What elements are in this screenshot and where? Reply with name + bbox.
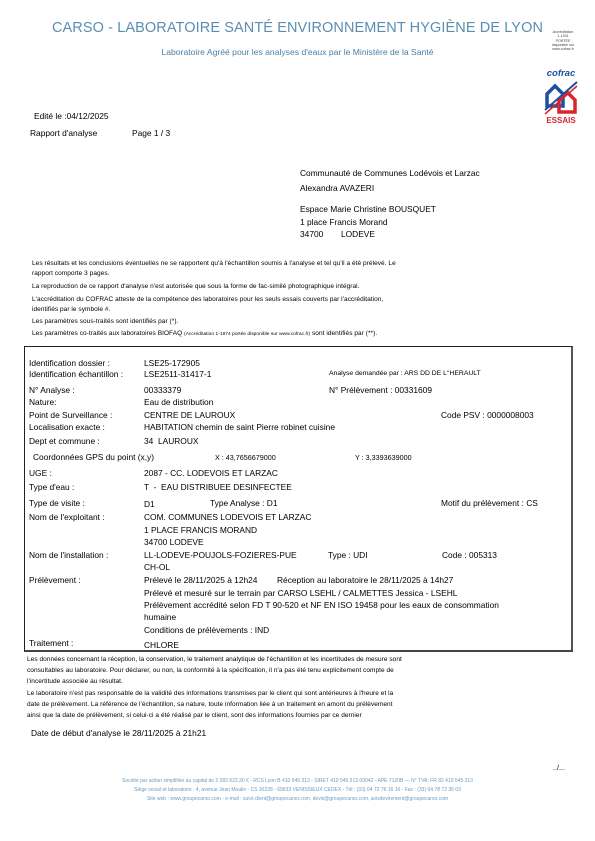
prelevement-norme: Prélèvement accrédité selon FD T 90-520 …	[144, 600, 499, 610]
nature-label: Nature:	[29, 397, 56, 407]
analyse-label: N° Analyse :	[29, 385, 75, 395]
echantillon-value: LSE2511-31417-1	[144, 369, 211, 379]
exploitant-line: COM. COMMUNES LODEVOIS ET LARZAC	[144, 512, 311, 522]
code-psv-value: 0000008003	[487, 410, 534, 420]
edition-date: Edité le :04/12/2025	[34, 111, 109, 121]
demandeur-label: Analyse demandée par :	[329, 370, 403, 377]
exploitant-label: Nom de l'exploitant :	[29, 512, 105, 522]
type-visite-value: D1	[144, 499, 155, 509]
nature-value: Eau de distribution	[144, 397, 213, 407]
analyse-value: 00333379	[144, 385, 181, 395]
type-analyse-label: Type Analyse :	[210, 498, 264, 508]
note-line: l'incertitude associée au résultat.	[27, 678, 123, 685]
disclaimer-text: sont identifiés par (**).	[310, 330, 377, 337]
recipient-city: LODEVE	[341, 229, 375, 239]
prelevement-number-label: N° Prélèvement :	[329, 385, 392, 395]
uge-value: 2087 - CC. LODEVOIS ET LARZAC	[144, 468, 278, 478]
prelevement-norme-cont: humaine	[144, 612, 176, 622]
recipient-person: Alexandra AVAZERI	[300, 183, 374, 193]
disclaimer-line: rapport comporte 3 pages.	[32, 270, 110, 277]
disclaimer-small-text: (Accréditation 1-1674 portée disponible …	[184, 332, 310, 337]
installation-type: Type : UDI	[328, 550, 368, 560]
recipient-address1: Espace Marie Christine BOUSQUET	[300, 204, 436, 214]
point-label: Point de Surveillance :	[29, 410, 112, 420]
localisation-label: Localisation exacte :	[29, 422, 105, 432]
continuation-mark: ../...	[553, 763, 565, 772]
exploitant-line: 1 PLACE FRANCIS MORAND	[144, 525, 257, 535]
exploitant-line: 34700 LODEVE	[144, 537, 204, 547]
type-analyse: Type Analyse : D1	[210, 498, 278, 508]
installation-code: Code : 005313	[442, 550, 497, 560]
note-line: Le laboratoire n'est pas responsable de …	[27, 690, 393, 697]
traitement-value: CHLORE	[144, 640, 179, 650]
disclaimer-line: La reproduction de ce rapport d'analyse …	[32, 283, 360, 290]
footer-line-company: Société par action simplifiée au capital…	[0, 778, 595, 784]
prelevement-number: N° Prélèvement : 00331609	[329, 385, 432, 395]
demandeur-value: ARS DD DE L''HERAULT	[404, 370, 481, 377]
note-line: ainsi que la date de prélèvement, si cel…	[27, 712, 362, 719]
lab-title: CARSO - LABORATOIRE SANTÉ ENVIRONNEMENT …	[0, 20, 595, 36]
note-line: date de prélèvement. La référence de l'é…	[27, 701, 393, 708]
recipient-postcode: 34700	[300, 229, 323, 239]
disclaimer-line: L'accréditation du COFRAC atteste de la …	[32, 296, 383, 303]
report-label: Rapport d'analyse	[30, 128, 97, 138]
dossier-value: LSE25-172905	[144, 358, 200, 368]
prelevement-conditions: Conditions de prélèvements : IND	[144, 625, 269, 635]
accreditation-note: Accréditation 1-1531 PORTÉE disponible s…	[543, 30, 583, 51]
installation-line: LL-LODEVE-POUJOLS-FOZIERES-PUE	[144, 550, 297, 560]
reception-date: Réception au laboratoire le 28/11/2025 à…	[277, 575, 453, 585]
recipient-org: Communauté de Communes Lodévois et Larza…	[300, 168, 480, 178]
prelevement-number-value: 00331609	[395, 385, 432, 395]
disclaimer-cotraites: Les paramètres co-traités aux laboratoir…	[32, 330, 377, 337]
lab-subtitle: Laboratoire Agréé pour les analyses d'ea…	[0, 47, 595, 57]
disclaimer-line: identifiés par le symbole #.	[32, 306, 110, 313]
type-visite-label: Type de visite :	[29, 498, 85, 508]
accreditation-line: www.cofrac.fr	[543, 47, 583, 51]
uge-label: UGE :	[29, 468, 52, 478]
type-eau-label: Type d'eau :	[29, 482, 74, 492]
commune-label: Dept et commune :	[29, 436, 100, 446]
edition-label: Edité le :	[34, 111, 67, 121]
motif: Motif du prélèvement : CS	[441, 498, 538, 508]
type-eau-value: T - EAU DISTRIBUEE DESINFECTEE	[144, 482, 292, 492]
commune-value: 34 LAUROUX	[144, 436, 198, 446]
recipient-address2: 1 place Francis Morand	[300, 217, 388, 227]
installation-label: Nom de l'installation :	[29, 550, 108, 560]
gps-label: Coordonnées GPS du point (x,y)	[33, 452, 154, 462]
prelevement-par: Prélevé et mesuré sur le terrain par CAR…	[144, 588, 457, 598]
localisation-value: HABITATION chemin de saint Pierre robine…	[144, 422, 335, 432]
cofrac-essais-text: ESSAIS	[546, 116, 576, 125]
disclaimer-line: Les paramètres sous-traités sont identif…	[32, 318, 178, 325]
gps-x: X : 43,7656679000	[215, 453, 276, 462]
point-value: CENTRE DE LAUROUX	[144, 410, 235, 420]
cofrac-logo-text: cofrac	[547, 68, 576, 79]
echantillon-label: Identification échantillon :	[29, 369, 123, 379]
edition-value: 04/12/2025	[67, 111, 109, 121]
prelevement-label: Prélèvement :	[29, 575, 81, 585]
footer-line-address: Siège social et laboratoire : 4, avenue …	[0, 787, 595, 793]
footer-line-web: Site web : www.groupecarso.com - e-mail …	[0, 796, 595, 802]
note-line: Les données concernant la réception, la …	[27, 656, 402, 663]
analysis-start-date: Date de début d'analyse le 28/11/2025 à …	[31, 728, 206, 738]
demandeur: Analyse demandée par : ARS DD DE L''HERA…	[329, 370, 481, 377]
disclaimer-line: Les résultats et les conclusions éventue…	[32, 260, 396, 267]
traitement-label: Traitement :	[29, 638, 73, 648]
note-line: consultables au laboratoire. Pour déclar…	[27, 667, 394, 674]
installation-line: CH-OL	[144, 562, 170, 572]
motif-label: Motif du prélèvement :	[441, 498, 524, 508]
type-analyse-value: D1	[267, 498, 278, 508]
prelevement-date: Prélevé le 28/11/2025 à 12h24	[144, 575, 257, 585]
dossier-label: Identification dossier :	[29, 358, 110, 368]
motif-value: CS	[526, 498, 538, 508]
code-psv: Code PSV : 0000008003	[441, 410, 534, 420]
cofrac-logo-icon: cofrac ESSAIS	[541, 66, 581, 126]
disclaimer-text: Les paramètres co-traités aux laboratoir…	[32, 330, 184, 337]
gps-y: Y : 3,3393639000	[355, 453, 412, 462]
page-indicator: Page 1 / 3	[132, 128, 170, 138]
code-psv-label: Code PSV :	[441, 410, 485, 420]
